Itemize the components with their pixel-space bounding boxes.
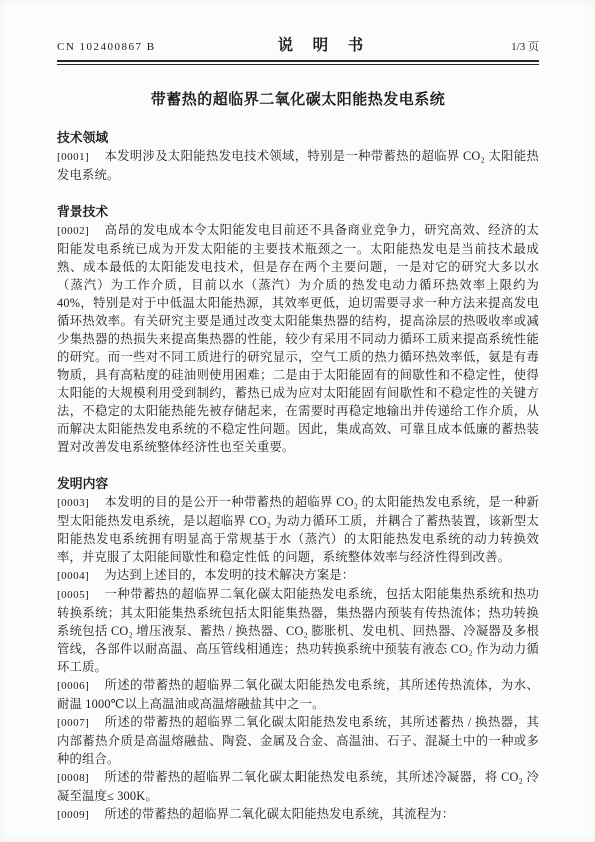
paragraph-number: [0002] [57,225,89,237]
page-number: 3 [295,771,301,783]
paragraph-0004: [0004]为达到上述目的，本发明的技术解决方案是： [57,566,539,585]
paragraph-text: 所述的带蓄热的超临界二氧化碳太阳能热发电系统，其所述传热流体，为水、耐温 100… [57,678,539,711]
invention-title: 带蓄热的超临界二氧化碳太阳能热发电系统 [57,90,539,110]
document-type-title: 说 明 书 [278,33,366,55]
section-background-art: 背景技术 [0002]高昂的发电成本令太阳能发电目前还不具备商业竞争力，研究高效… [57,203,539,456]
paragraph-0001: [0001]本发明涉及太阳能热发电技术领域，特别是一种带蓄热的超临界 CO₂ 太… [57,147,539,184]
paragraph-0006: [0006]所述的带蓄热的超临界二氧化碳太阳能热发电系统，其所述传热流体，为水、… [57,676,539,713]
paragraph-text: 为达到上述目的，本发明的技术解决方案是： [104,568,354,582]
paragraph-number: [0006] [57,680,89,692]
page-footer: 3 [0,771,595,783]
paragraph-0009: [0009]所述的带蓄热的超临界二氧化碳太阳能热发电系统，其流程为： [57,805,539,824]
paragraph-number: [0003] [57,497,89,509]
paragraph-text: 所述的带蓄热的超临界二氧化碳太阳能热发电系统，其所述蓄热 / 换热器，其内部蓄热… [57,715,539,766]
patent-specification-page: CN 102400867 B 说 明 书 1/3 页 带蓄热的超临界二氧化碳太阳… [0,0,595,842]
paragraph-0003: [0003]本发明的目的是公开一种带蓄热的超临界 CO₂ 的太阳能热发电系统，是… [57,493,539,566]
page-indicator: 1/3 页 [511,38,539,54]
section-heading-invention-content: 发明内容 [57,475,539,493]
paragraph-text: 本发明涉及太阳能热发电技术领域，特别是一种带蓄热的超临界 CO₂ 太阳能热发电系… [57,149,539,182]
header-divider [57,60,539,65]
paragraph-number: [0001] [57,151,89,163]
section-heading-background-art: 背景技术 [57,203,539,221]
paragraph-text: 一种带蓄热的超临界二氧化碳太阳能热发电系统，包括太阳能集热系统和热功转换系统；其… [57,587,539,674]
patent-number: CN 102400867 B [57,41,156,53]
paragraph-0007: [0007]所述的带蓄热的超临界二氧化碳太阳能热发电系统，其所述蓄热 / 换热器… [57,713,539,768]
paragraph-text: 高昂的发电成本令太阳能发电目前还不具备商业竞争力，研究高效、经济的太阳能发电系统… [57,223,539,454]
paragraph-text: 本发明的目的是公开一种带蓄热的超临界 CO₂ 的太阳能热发电系统，是一种新型太阳… [57,495,539,564]
paragraph-text: 所述的带蓄热的超临界二氧化碳太阳能热发电系统，其流程为： [104,807,454,821]
paragraph-0005: [0005]一种带蓄热的超临界二氧化碳太阳能热发电系统，包括太阳能集热系统和热功… [57,585,539,676]
paragraph-number: [0007] [57,717,89,729]
paragraph-number: [0005] [57,589,89,601]
section-heading-technical-field: 技术领域 [57,129,539,147]
paragraph-number: [0009] [57,809,89,821]
document-header: CN 102400867 B 说 明 书 1/3 页 [57,33,539,55]
paragraph-number: [0004] [57,570,89,582]
section-technical-field: 技术领域 [0001]本发明涉及太阳能热发电技术领域，特别是一种带蓄热的超临界 … [57,129,539,184]
paragraph-0002: [0002]高昂的发电成本令太阳能发电目前还不具备商业竞争力，研究高效、经济的太… [57,221,539,456]
